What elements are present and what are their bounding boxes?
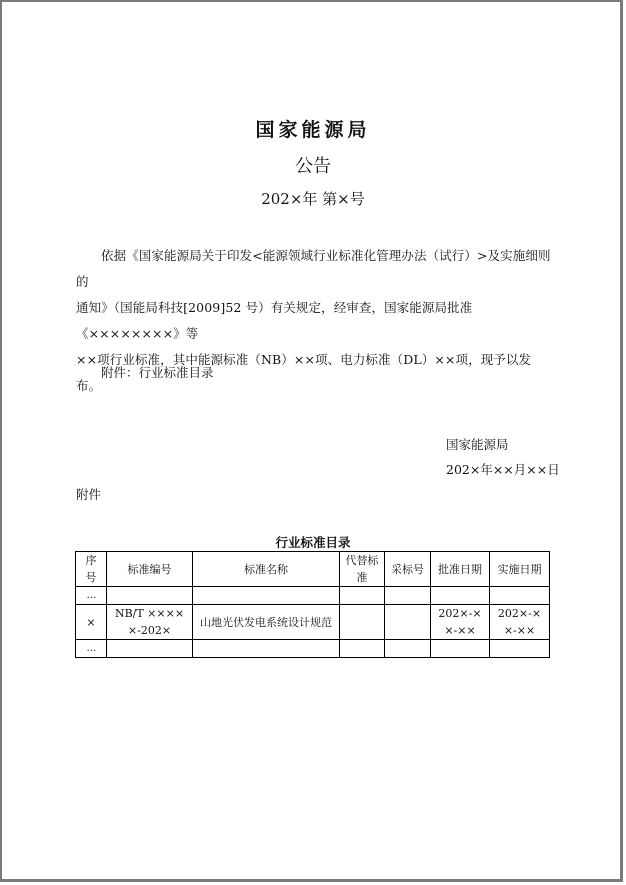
signature-date: 202×年××月××日 [446, 460, 560, 478]
cell-standard-name [193, 640, 340, 658]
col-header-replaced-standard: 代替标准 [340, 552, 385, 587]
table-row: … [76, 640, 550, 658]
cell-seq: × [76, 605, 107, 640]
cell-replaced-standard [340, 640, 385, 658]
cell-standard-number [107, 640, 193, 658]
cell-replaced-standard [340, 605, 385, 640]
cell-seq: … [76, 587, 107, 605]
cell-standard-name [193, 587, 340, 605]
cell-effective-date [490, 640, 550, 658]
cell-adopted-number [385, 587, 431, 605]
attachment-label: 附件 [76, 485, 101, 503]
org-title: 国家能源局 [0, 115, 626, 142]
signature-organization: 国家能源局 [446, 435, 509, 453]
standards-catalog-table: 序号 标准编号 标准名称 代替标准 采标号 批准日期 实施日期 … × NB/T… [75, 551, 550, 658]
cell-approval-date [431, 587, 490, 605]
cell-standard-number [107, 587, 193, 605]
col-header-standard-number: 标准编号 [107, 552, 193, 587]
cell-approval-date: 202×-××-×× [431, 605, 490, 640]
cell-approval-date [431, 640, 490, 658]
cell-adopted-number [385, 605, 431, 640]
cell-adopted-number [385, 640, 431, 658]
table-row: × NB/T ×××××-202× 山地光伏发电系统设计规范 202×-××-×… [76, 605, 550, 640]
cell-standard-number: NB/T ×××××-202× [107, 605, 193, 640]
catalog-title: 行业标准目录 [0, 533, 626, 551]
table-row: … [76, 587, 550, 605]
attachment-reference: 附件：行业标准目录 [101, 363, 214, 381]
doc-type: 公告 [0, 152, 626, 178]
col-header-effective-date: 实施日期 [490, 552, 550, 587]
cell-standard-name: 山地光伏发电系统设计规范 [193, 605, 340, 640]
doc-number: 202×年 第×号 [0, 188, 626, 209]
cell-effective-date: 202×-××-×× [490, 605, 550, 640]
col-header-seq: 序号 [76, 552, 107, 587]
cell-effective-date [490, 587, 550, 605]
col-header-adopted-number: 采标号 [385, 552, 431, 587]
col-header-approval-date: 批准日期 [431, 552, 490, 587]
cell-seq: … [76, 640, 107, 658]
body-line-1: 依据《国家能源局关于印发<能源领域行业标准化管理办法（试行）>及实施细则的 [76, 243, 556, 295]
body-line-2: 通知》（国能局科技[2009]52 号）有关规定，经审查，国家能源局批准《×××… [76, 295, 556, 347]
col-header-standard-name: 标准名称 [193, 552, 340, 587]
table-header-row: 序号 标准编号 标准名称 代替标准 采标号 批准日期 实施日期 [76, 552, 550, 587]
cell-replaced-standard [340, 587, 385, 605]
